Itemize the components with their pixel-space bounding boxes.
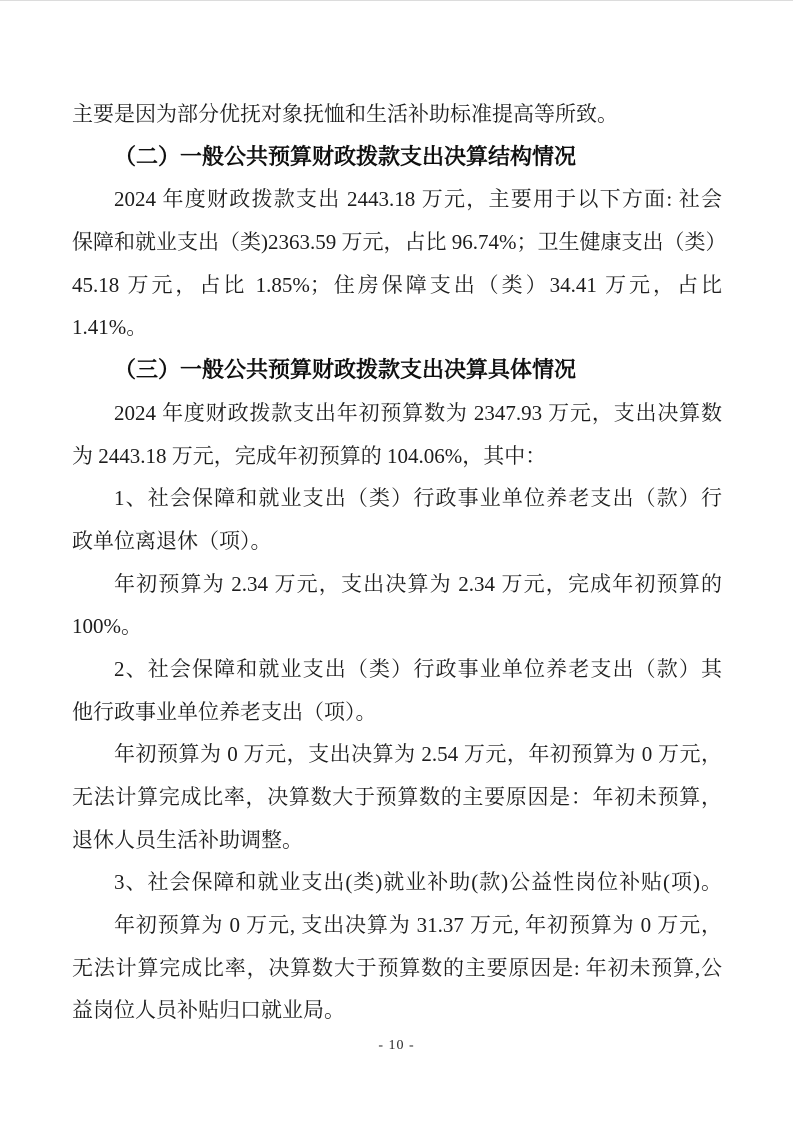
text-line: 45.18 万元，占比 1.85%；住房保障支出（类）34.41 万元，占比 xyxy=(72,264,722,307)
text-line: 2024 年度财政拨款支出 2443.18 万元，主要用于以下方面: 社会 xyxy=(72,178,722,221)
text-line: 政单位离退休（项）。 xyxy=(72,520,722,563)
text-line: 益岗位人员补贴归口就业局。 xyxy=(72,989,722,1032)
document-body: 主要是因为部分优抚对象抚恤和生活补助标准提高等所致。（二）一般公共预算财政拨款支… xyxy=(72,93,722,1032)
text-line: 他行政事业单位养老支出（项）。 xyxy=(72,691,722,734)
text-line: 无法计算完成比率，决算数大于预算数的主要原因是: 年初未预算,公 xyxy=(72,947,722,990)
page-number: - 10 - xyxy=(378,1038,414,1053)
document-page: 主要是因为部分优抚对象抚恤和生活补助标准提高等所致。（二）一般公共预算财政拨款支… xyxy=(0,0,793,1122)
page-footer: - 10 - xyxy=(0,1036,793,1056)
text-line: 保障和就业支出（类)2363.59 万元，占比 96.74%；卫生健康支出（类） xyxy=(72,221,722,264)
text-line: 年初预算为 2.34 万元，支出决算为 2.34 万元，完成年初预算的 xyxy=(72,563,722,606)
text-line: 2024 年度财政拨款支出年初预算数为 2347.93 万元，支出决算数 xyxy=(72,392,722,435)
text-line: 1、社会保障和就业支出（类）行政事业单位养老支出（款）行 xyxy=(72,477,722,520)
text-line: 3、社会保障和就业支出(类)就业补助(款)公益性岗位补贴(项)。 xyxy=(72,861,722,904)
section-heading: （三）一般公共预算财政拨款支出决算具体情况 xyxy=(72,349,722,392)
text-line: 退休人员生活补助调整。 xyxy=(72,819,722,862)
text-line: 年初预算为 0 万元，支出决算为 2.54 万元，年初预算为 0 万元， xyxy=(72,733,722,776)
text-line: 100%。 xyxy=(72,605,722,648)
page-top-edge xyxy=(0,0,793,1)
text-line: 年初预算为 0 万元, 支出决算为 31.37 万元, 年初预算为 0 万元， xyxy=(72,904,722,947)
text-line: 1.41%。 xyxy=(72,306,722,349)
section-heading: （二）一般公共预算财政拨款支出决算结构情况 xyxy=(72,136,722,179)
text-line: 无法计算完成比率，决算数大于预算数的主要原因是：年初未预算， xyxy=(72,776,722,819)
text-line: 2、社会保障和就业支出（类）行政事业单位养老支出（款）其 xyxy=(72,648,722,691)
text-line: 主要是因为部分优抚对象抚恤和生活补助标准提高等所致。 xyxy=(72,93,722,136)
text-line: 为 2443.18 万元，完成年初预算的 104.06%，其中： xyxy=(72,435,722,478)
